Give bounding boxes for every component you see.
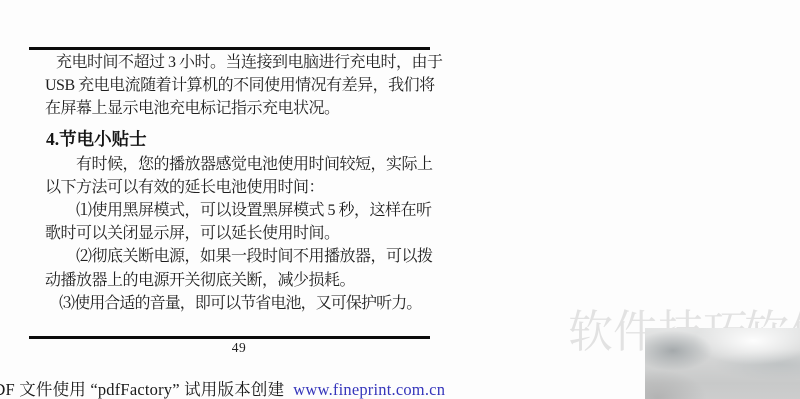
scanned-manual-page: 充电时间不超过 3 小时。当连接到电脑进行充电时，由于 USB 充电电流随着计算… bbox=[0, 0, 800, 399]
page-number: 49 bbox=[29, 340, 449, 356]
body-line: ⑵彻底关断电源，如果一段时间不用播放器，可以拨 bbox=[45, 245, 435, 268]
page-text-block: 充电时间不超过 3 小时。当连接到电脑进行充电时，由于 USB 充电电流随着计算… bbox=[45, 51, 435, 315]
body-line: 有时候，您的播放器感觉电池使用时间较短，实际上 bbox=[45, 153, 435, 176]
body-line: 歌时可以关闭显示屏，可以延长使用时间。 bbox=[45, 222, 435, 245]
section-heading: 4.节电小贴士 bbox=[46, 127, 435, 151]
body-line: ⑴使用黑屏模式，可以设置黑屏模式 5 秒，这样在听 bbox=[45, 199, 435, 222]
pdf-trial-notice: PDF 文件使用 “pdfFactory” 试用版本创建www.fineprin… bbox=[0, 378, 445, 399]
fineprint-link[interactable]: www.fineprint.com.cn bbox=[293, 380, 445, 399]
blurred-image-region bbox=[645, 328, 800, 399]
body-line: 充电时间不超过 3 小时。当连接到电脑进行充电时，由于 bbox=[45, 51, 435, 74]
body-line: ⑶使用合适的音量，即可以节省电池，又可保护听力。 bbox=[45, 292, 435, 315]
body-line: 以下方法可以有效的延长电池使用时间： bbox=[45, 176, 435, 199]
body-line: USB 充电电流随着计算机的不同使用情况有差异，我们将 bbox=[45, 74, 435, 97]
body-line: 动播放器上的电源开关彻底关断，减少损耗。 bbox=[45, 269, 435, 292]
pdf-trial-notice-text: PDF 文件使用 “pdfFactory” 试用版本创建 bbox=[0, 380, 284, 399]
header-rule bbox=[29, 47, 430, 50]
body-line: 在屏幕上显示电池充电标记指示充电状况。 bbox=[45, 97, 435, 120]
